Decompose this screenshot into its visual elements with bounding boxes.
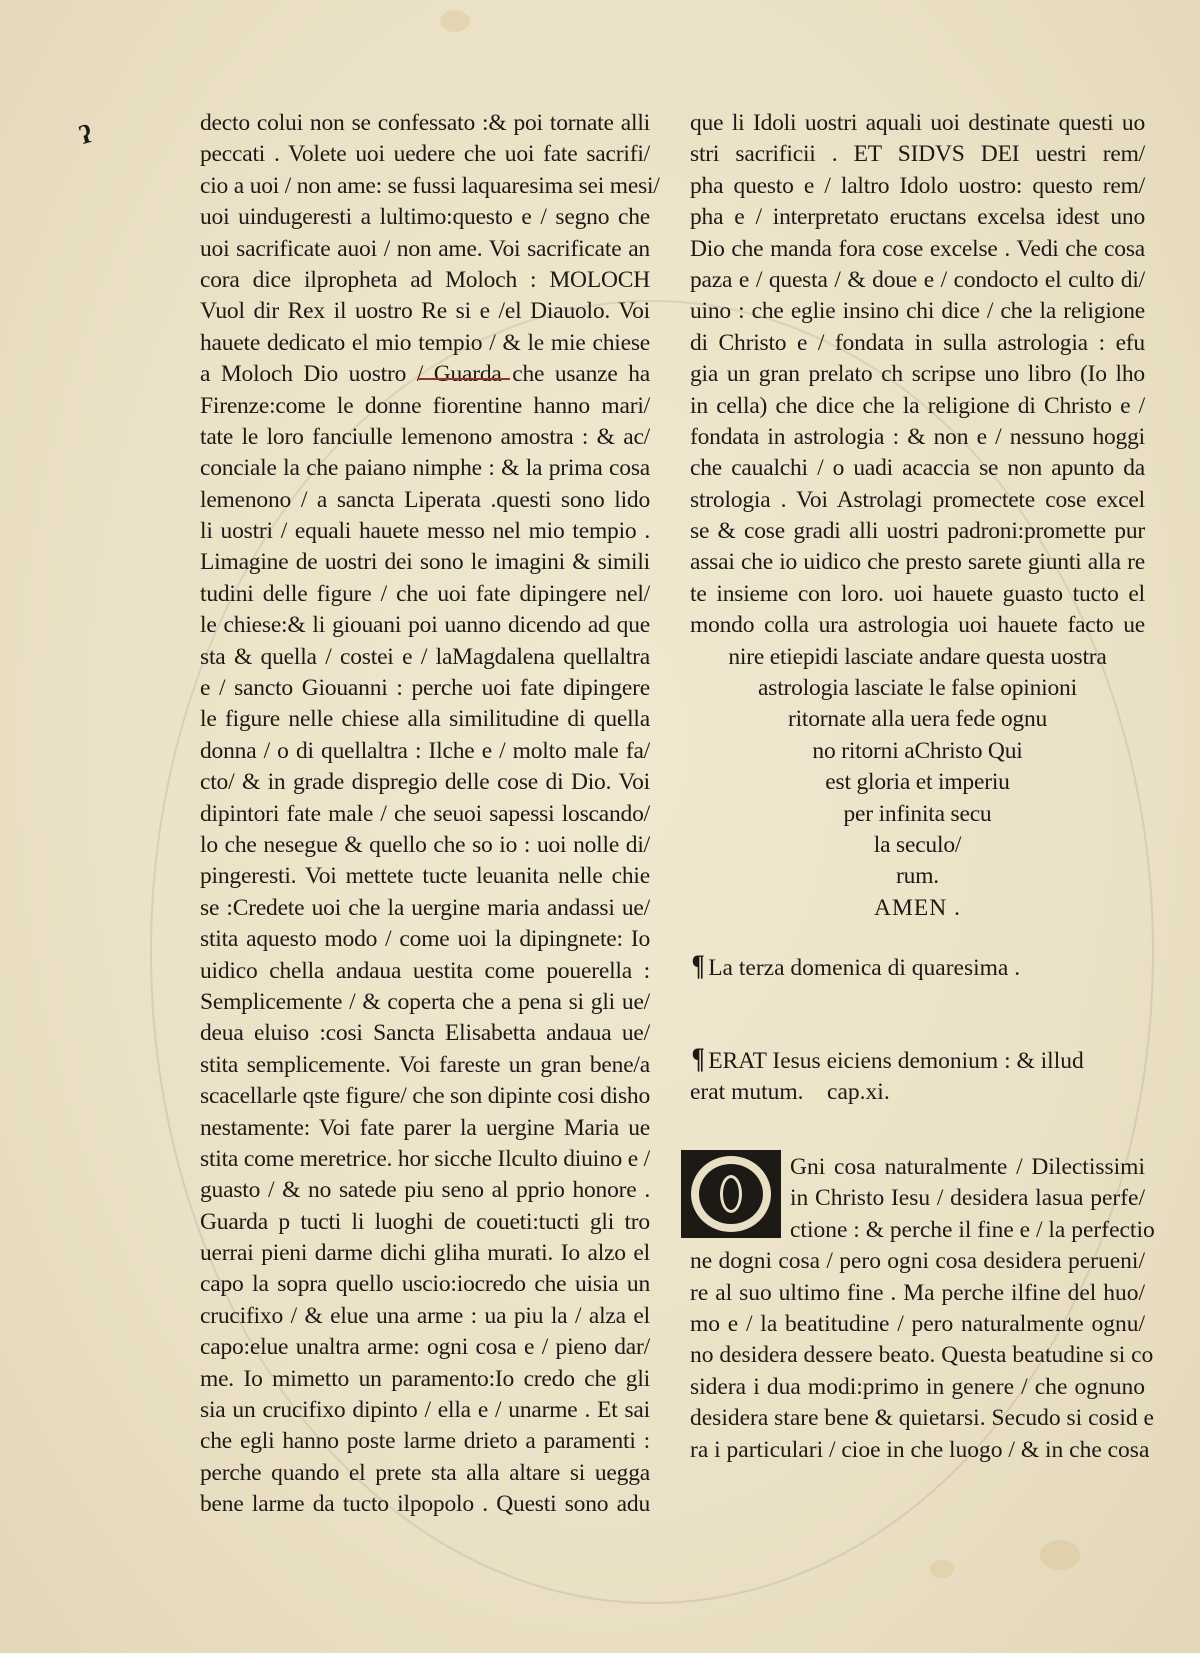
text-line: e / sancto Giouanni : perche uoi fate di…	[200, 673, 650, 704]
text-line: ctione : & perche il fine e / la perfect…	[790, 1215, 1145, 1246]
text-line: guasto / & no satede piu seno al pprio h…	[200, 1175, 650, 1206]
text-line: stita come meretrice. hor sicche Ilculto…	[200, 1144, 650, 1175]
text-line: stri sacrificii . ET SIDVS DEI uestri re…	[690, 139, 1145, 170]
text-line: no desidera dessere beato. Questa beatud…	[690, 1340, 1145, 1371]
right-column: que li Idoli uostri aquali uoi destinate…	[690, 108, 1145, 924]
pilcrow-icon: ¶	[692, 950, 705, 981]
text-line: ra i particulari / cioe in che luogo / &…	[690, 1435, 1145, 1466]
text-line: scacellarle qste figure/ che son dipinte…	[200, 1081, 650, 1112]
text-line: deua eluiso :cosi Sancta Elisabetta anda…	[200, 1018, 650, 1049]
text-line: mo e / la beatitudine / pero naturalment…	[690, 1309, 1145, 1340]
text-line: uidico chella andaua uestita come pouere…	[200, 956, 650, 987]
margin-marker: ʔ	[76, 119, 95, 151]
text-line: re al suo ultimo fine . Ma perche ilfine…	[690, 1278, 1145, 1309]
colophon-line: ritornate alla uera fede ognu	[690, 704, 1145, 735]
text-line: dipintori fate male / che seuoi sapessi …	[200, 799, 650, 830]
section-heading-text: La terza domenica di quaresima .	[708, 955, 1020, 981]
text-line: in cella) che dice che la religione di C…	[690, 391, 1145, 422]
text-line: crucifixo / & elue una arme : ua piu la …	[200, 1301, 650, 1332]
text-line: me. Io mimetto un paramento:Io credo che…	[200, 1364, 650, 1395]
text-line: le chiese:& li giouani poi uanno dicendo…	[200, 610, 650, 641]
text-line: uoi uindugeresti a lultimo:questo e / se…	[200, 202, 650, 233]
text-line: perche quando el prete sta alla altare s…	[200, 1458, 650, 1489]
text-line: le figure nelle chiese alla similitudine…	[200, 704, 650, 735]
text-line: nestamente: Voi fate parer la uergine Ma…	[200, 1113, 650, 1144]
book-page: ʔ decto colui non se confessato :& poi t…	[0, 0, 1200, 1653]
gospel-heading: ¶ERAT Iesus eiciens demonium : & illud e…	[690, 1043, 1145, 1109]
text-line: sia un crucifixo dipinto / ella e / unar…	[200, 1395, 650, 1426]
colophon-line: la seculo/	[690, 830, 1145, 861]
text-line-rubricated: a Moloch Dio uostro / Guarda che usanze …	[200, 359, 650, 390]
amen-line: AMEN .	[690, 893, 1145, 924]
rubric-underline	[418, 378, 510, 380]
text-line: cora dice ilpropheta ad Moloch : MOLOCH	[200, 265, 650, 296]
colophon-line: nire etiepidi lasciate andare questa uos…	[690, 642, 1145, 673]
section-heading: ¶La terza domenica di quaresima .	[690, 950, 1145, 984]
text-line: Semplicemente / & coperta che a pena si …	[200, 987, 650, 1018]
text-line: che caualchi / o uadi acaccia se non apu…	[690, 453, 1145, 484]
text-line: pha questo e / laltro Idolo uostro: ques…	[690, 171, 1145, 202]
text-line: desidera stare bene & quietarsi. Secudo …	[690, 1403, 1145, 1434]
text-line: tate le loro fanciulle lemenono amostra …	[200, 422, 650, 453]
text-line: se :Credete uoi che la uergine maria and…	[200, 893, 650, 924]
text-line: paza e / questa / & doue e / condocto el…	[690, 265, 1145, 296]
text-line: uoi sacrificate auoi / non ame. Voi sacr…	[200, 234, 650, 265]
text-line: sta & quella / costei e / laMagdalena qu…	[200, 642, 650, 673]
text-line: Limagine de uostri dei sono le imagini &…	[200, 547, 650, 578]
foxing-stain	[440, 10, 470, 32]
text-line: Firenze:come le donne fiorentine hanno m…	[200, 391, 650, 422]
colophon-line: rum.	[690, 861, 1145, 892]
text-line: peccati . Volete uoi uedere che uoi fate…	[200, 139, 650, 170]
text-line: cio a uoi / non ame: se fussi laquaresim…	[200, 171, 650, 202]
text-line: di Christo e / fondata in sulla astrolog…	[690, 328, 1145, 359]
sermon-text: Gni cosa naturalmente / Dilectissimi in …	[690, 1152, 1145, 1466]
text-line: Vuol dir Rex il uostro Re si e /el Diauo…	[200, 296, 650, 327]
text-line: conciale la che paiano nimphe : & la pri…	[200, 453, 650, 484]
text-line: capo la sopra quello uscio:iocredo che u…	[200, 1269, 650, 1300]
colophon-line: est gloria et imperiu	[690, 767, 1145, 798]
text-line: pingeresti. Voi mettete tucte leuanita n…	[200, 861, 650, 892]
text-line: tudini delle figure / che uoi fate dipin…	[200, 579, 650, 610]
text-line: cto/ & in grade dispregio delle cose di …	[200, 767, 650, 798]
text-line: decto colui non se confessato :& poi tor…	[200, 108, 650, 139]
text-line: pha e / interpretato eructans excelsa id…	[690, 202, 1145, 233]
text-line: lo che nesegue & quello che so io : uoi …	[200, 830, 650, 861]
text-line: fondata in astrologia : & non e / nessun…	[690, 422, 1145, 453]
text-line: sidera i dua modi:primo in genere / che …	[690, 1372, 1145, 1403]
text-line: que li Idoli uostri aquali uoi destinate…	[690, 108, 1145, 139]
colophon-line: per infinita secu	[690, 799, 1145, 830]
text-line: che egli hanno poste larme drieto a para…	[200, 1426, 650, 1457]
text-line: Gni cosa naturalmente / Dilectissimi	[790, 1152, 1145, 1183]
text-line: uerrai pieni darme dichi gliha murati. I…	[200, 1238, 650, 1269]
gospel-heading-line: erat mutum. cap.xi.	[690, 1077, 1145, 1108]
text-line: gia un gran prelato ch scripse uno libro…	[690, 359, 1145, 390]
text-line: lemenono / a sancta Liperata .questi son…	[200, 485, 650, 516]
text-line: Guarda p tucti li luoghi de coueti:tucti…	[200, 1207, 650, 1238]
colophon-line: astrologia lasciate le false opinioni	[690, 673, 1145, 704]
text-line: ne dogni cosa / pero ogni cosa desidera …	[690, 1246, 1145, 1277]
text-line: donna / o di quellaltra : Ilche e / molt…	[200, 736, 650, 767]
text-line: Dio che manda fora cose excelse . Vedi c…	[690, 234, 1145, 265]
text-line: se & cose gradi alli uostri padroni:prom…	[690, 516, 1145, 547]
foxing-stain	[1040, 1540, 1080, 1570]
text-line: uino : che eglie insino chi dice / che l…	[690, 296, 1145, 327]
text-line: assai che io uidico che presto sarete gi…	[690, 547, 1145, 578]
text-line: bene larme da tucto ilpopolo . Questi so…	[200, 1489, 650, 1520]
left-column: decto colui non se confessato :& poi tor…	[200, 108, 650, 1521]
text-line: li uostri / equali hauete messo nel mio …	[200, 516, 650, 547]
text-line: stita aquesto modo / come uoi la dipingn…	[200, 924, 650, 955]
text-line: hauete dedicato el mio tempio / & le mie…	[200, 328, 650, 359]
pilcrow-icon: ¶	[692, 1043, 705, 1074]
text-line: stita semplicemente. Voi fareste un gran…	[200, 1050, 650, 1081]
gospel-heading-line: ERAT Iesus eiciens demonium : & illud	[708, 1048, 1084, 1074]
text-line: strologia . Voi Astrolagi promectete cos…	[690, 485, 1145, 516]
text-line: in Christo Iesu / desidera lasua perfe/	[790, 1183, 1145, 1214]
text-line: te insieme con loro. uoi hauete guasto t…	[690, 579, 1145, 610]
text-line: mondo colla ura astrologia uoi hauete fa…	[690, 610, 1145, 641]
text-line: capo:elue unaltra arme: ogni cosa e / pi…	[200, 1332, 650, 1363]
colophon-line: no ritorni aChristo Qui	[690, 736, 1145, 767]
foxing-stain	[930, 1560, 954, 1578]
